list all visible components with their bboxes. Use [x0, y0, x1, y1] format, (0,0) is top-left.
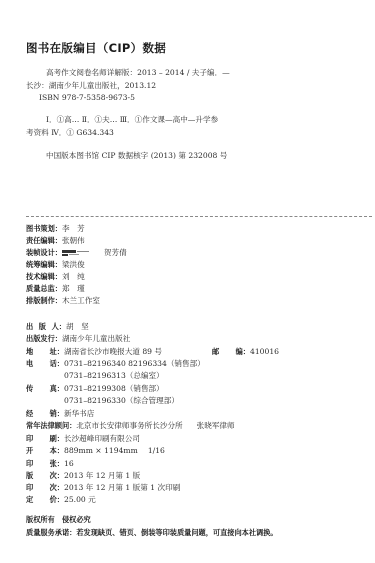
info-label: 出版发行：	[26, 333, 62, 345]
label-char: 印	[26, 458, 33, 470]
credit-value: 贺芳倩	[104, 248, 127, 257]
label-char: 经	[26, 408, 33, 420]
lawyer-name: 张晓军律师	[197, 421, 235, 430]
copyright-notice: 版权所有 侵权必究	[26, 515, 91, 525]
quality-label: 质量服务承诺：	[26, 528, 76, 537]
info-row-impression: 印次：2013 年 12 月第 1 版第 1 次印刷	[26, 482, 180, 494]
info-row-seller: 经销：新华书店	[26, 408, 94, 420]
info-value: 889mm × 1194mm 1/16	[64, 446, 165, 455]
info-row-publisher-person: 出版人：胡 坚	[26, 321, 89, 333]
info-value: 0731–82196340 82196334（销售部）	[64, 359, 205, 368]
info-row-phone-2: 0731–82196313（总编室）	[64, 370, 164, 382]
info-value: 410016	[250, 347, 279, 356]
quality-text: 若发现缺页、错页、倒装等印装质量问题，可直接向本社调换。	[76, 528, 277, 537]
info-label: 常年法律顾问：	[26, 420, 76, 432]
credit-row: 图书策划：李 芳	[26, 223, 85, 235]
credit-label: 统筹编辑：	[26, 259, 62, 271]
info-row-address: 地址：湖南省长沙市晚报大道 89 号	[26, 346, 162, 358]
label-char: 开	[26, 445, 33, 457]
credit-value: 刘 纯	[62, 272, 85, 281]
info-row-phone: 电话：0731–82196340 82196334（销售部）	[26, 358, 205, 370]
info-value: 16	[64, 459, 74, 468]
info-row-distributor: 出版发行：湖南少年儿童出版社	[26, 333, 130, 345]
label-char: 出	[26, 321, 33, 333]
label-char: 真：	[50, 383, 64, 395]
label-char: 次：	[50, 470, 64, 482]
label-char: 编：	[236, 346, 250, 358]
credit-value: 木兰工作室	[62, 296, 100, 305]
info-row-fax: 传真：0731–82199308（销售部）	[26, 383, 164, 395]
info-value: 0731–82196330（综合管理部）	[64, 396, 179, 405]
label-char: 邮	[212, 346, 219, 358]
info-value: 2013 年 12 月第 1 版第 1 次印刷	[64, 483, 180, 492]
label-char: 本：	[50, 445, 64, 457]
credit-label: 排版制作：	[26, 295, 62, 307]
info-row-format: 开本：889mm × 1194mm 1/16	[26, 445, 165, 457]
label-char: 地	[26, 346, 33, 358]
credit-row: 装帧设计：贺芳倩	[26, 247, 127, 259]
info-row-sheets: 印张：16	[26, 458, 74, 470]
credit-label: 装帧设计：	[26, 247, 62, 259]
cip-line-classification: Ⅰ．①高… Ⅱ．①夫… Ⅲ．①作文课—高中—升学参	[46, 114, 218, 125]
label-char: 价：	[50, 494, 64, 506]
wonderland-logo-icon	[62, 250, 92, 256]
label-char: 传	[26, 383, 33, 395]
info-row-postcode: 邮编：410016	[212, 346, 279, 358]
info-row-printer: 印刷：长沙超峰印刷有限公司	[26, 433, 140, 445]
credit-value: 梁洪俊	[62, 260, 85, 269]
label-char: 定	[26, 494, 33, 506]
label-char: 址：	[50, 346, 64, 358]
label-char: 印	[26, 482, 33, 494]
credit-row: 技术编辑：刘 纯	[26, 271, 85, 283]
cip-line-isbn: ISBN 978-7-5358-9673-5	[39, 93, 135, 102]
label-char: 话：	[50, 358, 64, 370]
credit-value: 李 芳	[62, 224, 85, 233]
credit-value: 郑 瑾	[62, 284, 85, 293]
quality-promise: 质量服务承诺：若发现缺页、错页、倒装等印装质量问题，可直接向本社调换。	[26, 528, 278, 538]
credit-row: 统筹编辑：梁洪俊	[26, 259, 85, 271]
cip-line-classification-cont: 考资料 Ⅳ．① G634.343	[26, 127, 114, 138]
info-value: 0731–82199308（销售部）	[64, 384, 164, 393]
info-value: 长沙超峰印刷有限公司	[64, 434, 140, 443]
credit-row: 质量总监：郑 瑾	[26, 283, 85, 295]
label-char: 张：	[50, 458, 64, 470]
info-value: 湖南省长沙市晚报大道 89 号	[64, 347, 162, 356]
label-char: 版	[26, 470, 33, 482]
info-value: 新华书店	[64, 409, 94, 418]
label-char: 次：	[50, 482, 64, 494]
credit-label: 责任编辑：	[26, 235, 62, 247]
credit-row: 责任编辑：张朝伟	[26, 235, 85, 247]
cip-line-title: 高考作文阅卷名师详解版：2013 – 2014 / 夫子编．—	[46, 67, 230, 78]
info-row-legal: 常年法律顾问：北京市长安律师事务所长沙分所张晓军律师	[26, 420, 235, 432]
label-char: 印	[26, 433, 33, 445]
dashed-divider	[26, 216, 372, 217]
label-char: 销：	[50, 408, 64, 420]
info-value: 0731–82196313（总编室）	[64, 371, 164, 380]
cip-line-publisher: 长沙：湖南少年儿童出版社，2013.12	[26, 80, 156, 91]
cip-line-record-number: 中国版本图书馆 CIP 数据核字 (2013) 第 232008 号	[46, 150, 227, 161]
credit-value: 张朝伟	[62, 236, 85, 245]
info-row-edition: 版次：2013 年 12 月第 1 版	[26, 470, 140, 482]
info-row-price: 定价：25.00 元	[26, 494, 96, 506]
label-char: 人：	[52, 321, 66, 333]
label-char: 版	[39, 321, 46, 333]
label-char: 电	[26, 358, 33, 370]
cip-title: 图书在版编目（CIP）数据	[26, 40, 166, 56]
info-value: 2013 年 12 月第 1 版	[64, 471, 140, 480]
info-value: 25.00 元	[64, 495, 96, 504]
credit-row: 排版制作：木兰工作室	[26, 295, 100, 307]
label-char: 刷：	[50, 433, 64, 445]
credit-label: 图书策划：	[26, 223, 62, 235]
info-value: 北京市长安律师事务所长沙分所	[76, 421, 182, 430]
credit-label: 质量总监：	[26, 283, 62, 295]
info-value: 胡 坚	[66, 322, 89, 331]
info-value: 湖南少年儿童出版社	[62, 334, 130, 343]
credit-label: 技术编辑：	[26, 271, 62, 283]
info-row-fax-2: 0731–82196330（综合管理部）	[64, 395, 179, 407]
